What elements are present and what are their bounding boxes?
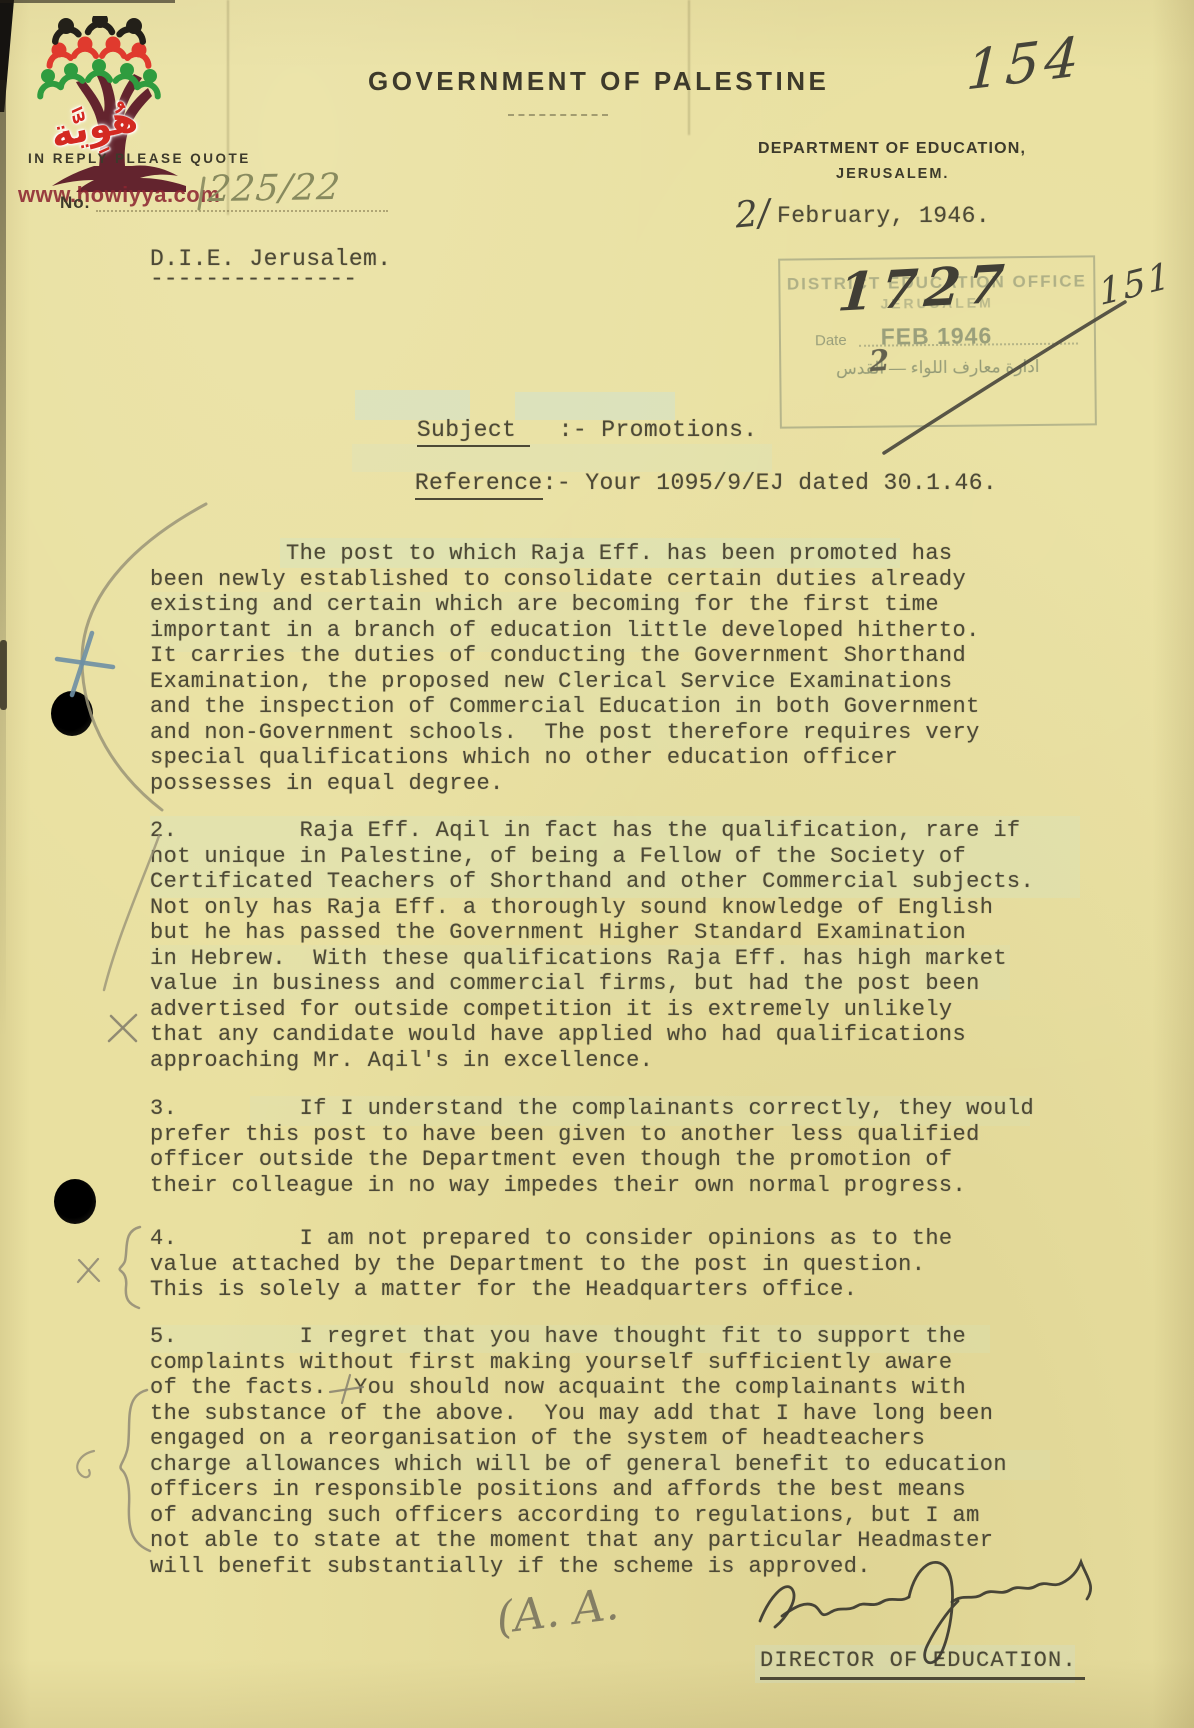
x-mark-paragraph-4 [78,1259,99,1282]
watermark-url: www.howiyya.com [18,182,220,208]
file-number-handwritten: 225/22 [206,167,342,210]
pencil-brace-paragraph-4 [120,1227,140,1308]
initials-handwritten: (A. A. [493,1579,621,1645]
reference-label: Reference [415,470,543,500]
scan-edge-left [0,80,6,1040]
subject-sep: :- [530,417,601,443]
paragraph-2: 2. Raja Eff. Aqil in fact has the qualif… [150,818,1070,1073]
scan-edge-top [0,0,175,3]
page-number-handwritten: 154 [965,24,1086,102]
stamp-date-label: Date [815,332,847,349]
date-day-handwritten: 2/ [733,193,771,237]
reference-value: Your 1095/9/EJ dated 30.1.46. [585,470,997,496]
quote-instruction: IN REPLY PLEASE QUOTE [28,151,251,166]
side-number-handwritten: 151 [1097,255,1174,314]
subject-value: Promotions. [601,417,757,443]
scanned-letter-page: هُوِيَّة www.howiyya.com GOVERNMENT OF P… [0,0,1194,1728]
addressee-dash-rule: --------------- [150,266,357,292]
department-line: DEPARTMENT OF EDUCATION, [758,140,1026,158]
pencil-hook-mark-paragraph-5 [77,1451,94,1477]
paragraph-5: 5. I regret that you have thought fit to… [150,1324,1070,1579]
reference-sep: :- [543,470,586,496]
stamp-register-number-handwritten: 1727 [835,253,1013,323]
file-number-label: No. [60,193,90,213]
blue-plus-mark [57,633,113,695]
reference-line: Reference:- Your 1095/9/EJ dated 30.1.46… [358,444,997,522]
hole-punch [54,1179,96,1224]
subject-label: Subject [417,417,530,447]
file-number-rule [96,210,388,212]
stamp-date-day: 2 [868,343,891,379]
letterhead-rule [508,114,608,116]
stamp-arabic-line: ادارة معارف اللواء — القدس [781,356,1094,379]
paragraph-4: 4. I am not prepared to consider opinion… [150,1226,1070,1303]
paragraph-1: The post to which Raja Eff. has been pro… [150,541,1070,796]
scan-edge-blotch [0,640,7,710]
howiyya-tree-logo: هُوِيَّة [36,16,186,194]
hole-punch [51,691,93,736]
date-typed: February, 1946. [777,203,990,229]
signer-title: DIRECTOR OF EDUCATION. [760,1648,1085,1680]
letterhead-government-title: GOVERNMENT OF PALESTINE [368,66,829,97]
pencil-brace-paragraph-5 [121,1390,150,1551]
city-line: JERUSALEM. [836,166,949,182]
x-mark-paragraph-2 [109,1015,136,1041]
paragraph-3: 3. If I understand the complainants corr… [150,1096,1070,1198]
